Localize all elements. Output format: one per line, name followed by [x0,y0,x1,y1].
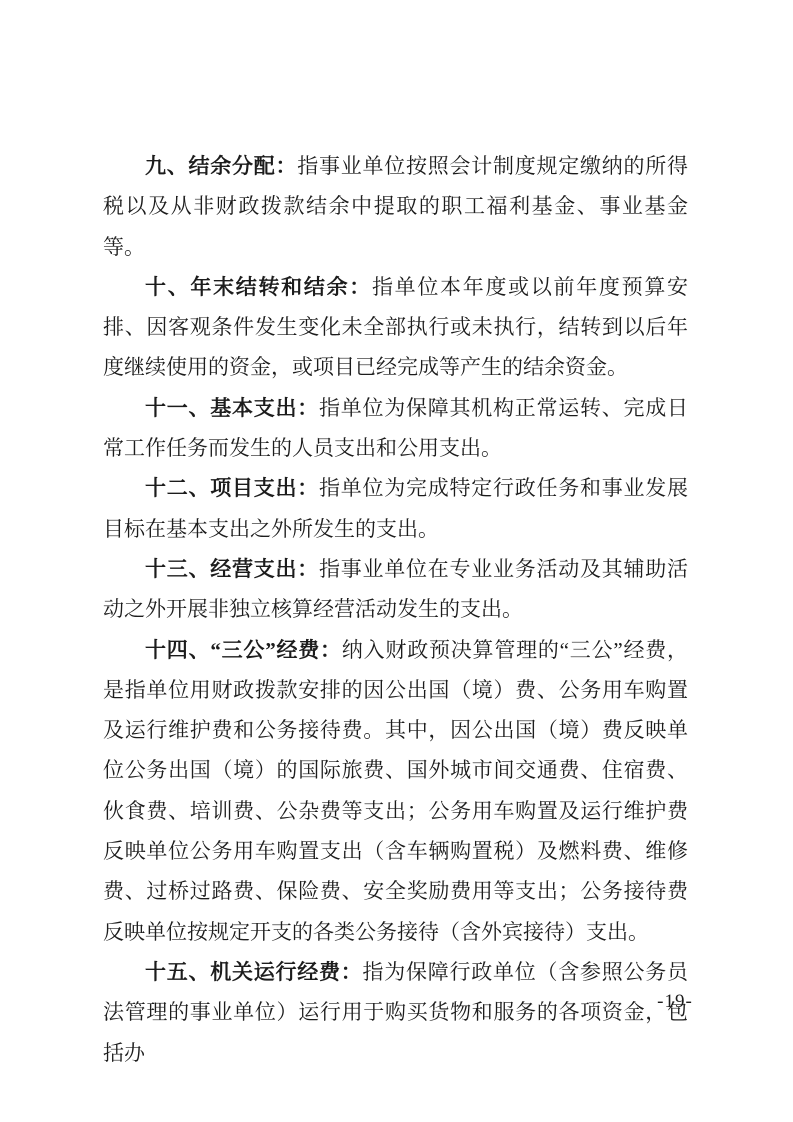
term-14-label: 十四、“三公”经费： [145,638,342,662]
term-10-label: 十、年末结转和结余： [145,275,372,299]
term-14-definition: 纳入财政预决算管理的“三公”经费，是指单位用财政拨款安排的因公出国（境）费、公务… [103,638,688,944]
page-number: -19- [645,990,705,1014]
para-14-three-public-funds: 十四、“三公”经费：纳入财政预决算管理的“三公”经费，是指单位用财政拨款安排的因… [103,630,688,952]
para-13-operating-expenditure: 十三、经营支出：指事业单位在专业业务活动及其辅助活动之外开展非独立核算经营活动发… [103,549,688,630]
document-page: 九、结余分配：指事业单位按照会计制度规定缴纳的所得税以及从非财政拨款结余中提取的… [0,0,793,1122]
para-15-agency-operation-funds: 十五、机关运行经费：指为保障行政单位（含参照公务员法管理的事业单位）运行用于购买… [103,952,688,1073]
para-11-basic-expenditure: 十一、基本支出：指单位为保障其机构正常运转、完成日常工作任务而发生的人员支出和公… [103,388,688,469]
term-12-label: 十二、项目支出： [145,476,319,500]
para-9-surplus-distribution: 九、结余分配：指事业单位按照会计制度规定缴纳的所得税以及从非财政拨款结余中提取的… [103,146,688,267]
term-15-label: 十五、机关运行经费： [145,960,363,984]
para-12-project-expenditure: 十二、项目支出：指单位为完成特定行政任务和事业发展目标在基本支出之外所发生的支出… [103,468,688,549]
para-10-year-end-carryover: 十、年末结转和结余：指单位本年度或以前年度预算安排、因客观条件发生变化未全部执行… [103,267,688,388]
term-11-label: 十一、基本支出： [145,396,319,420]
term-13-label: 十三、经营支出： [145,557,319,581]
term-9-label: 九、结余分配： [145,154,297,178]
document-body: 九、结余分配：指事业单位按照会计制度规定缴纳的所得税以及从非财政拨款结余中提取的… [103,146,688,1073]
